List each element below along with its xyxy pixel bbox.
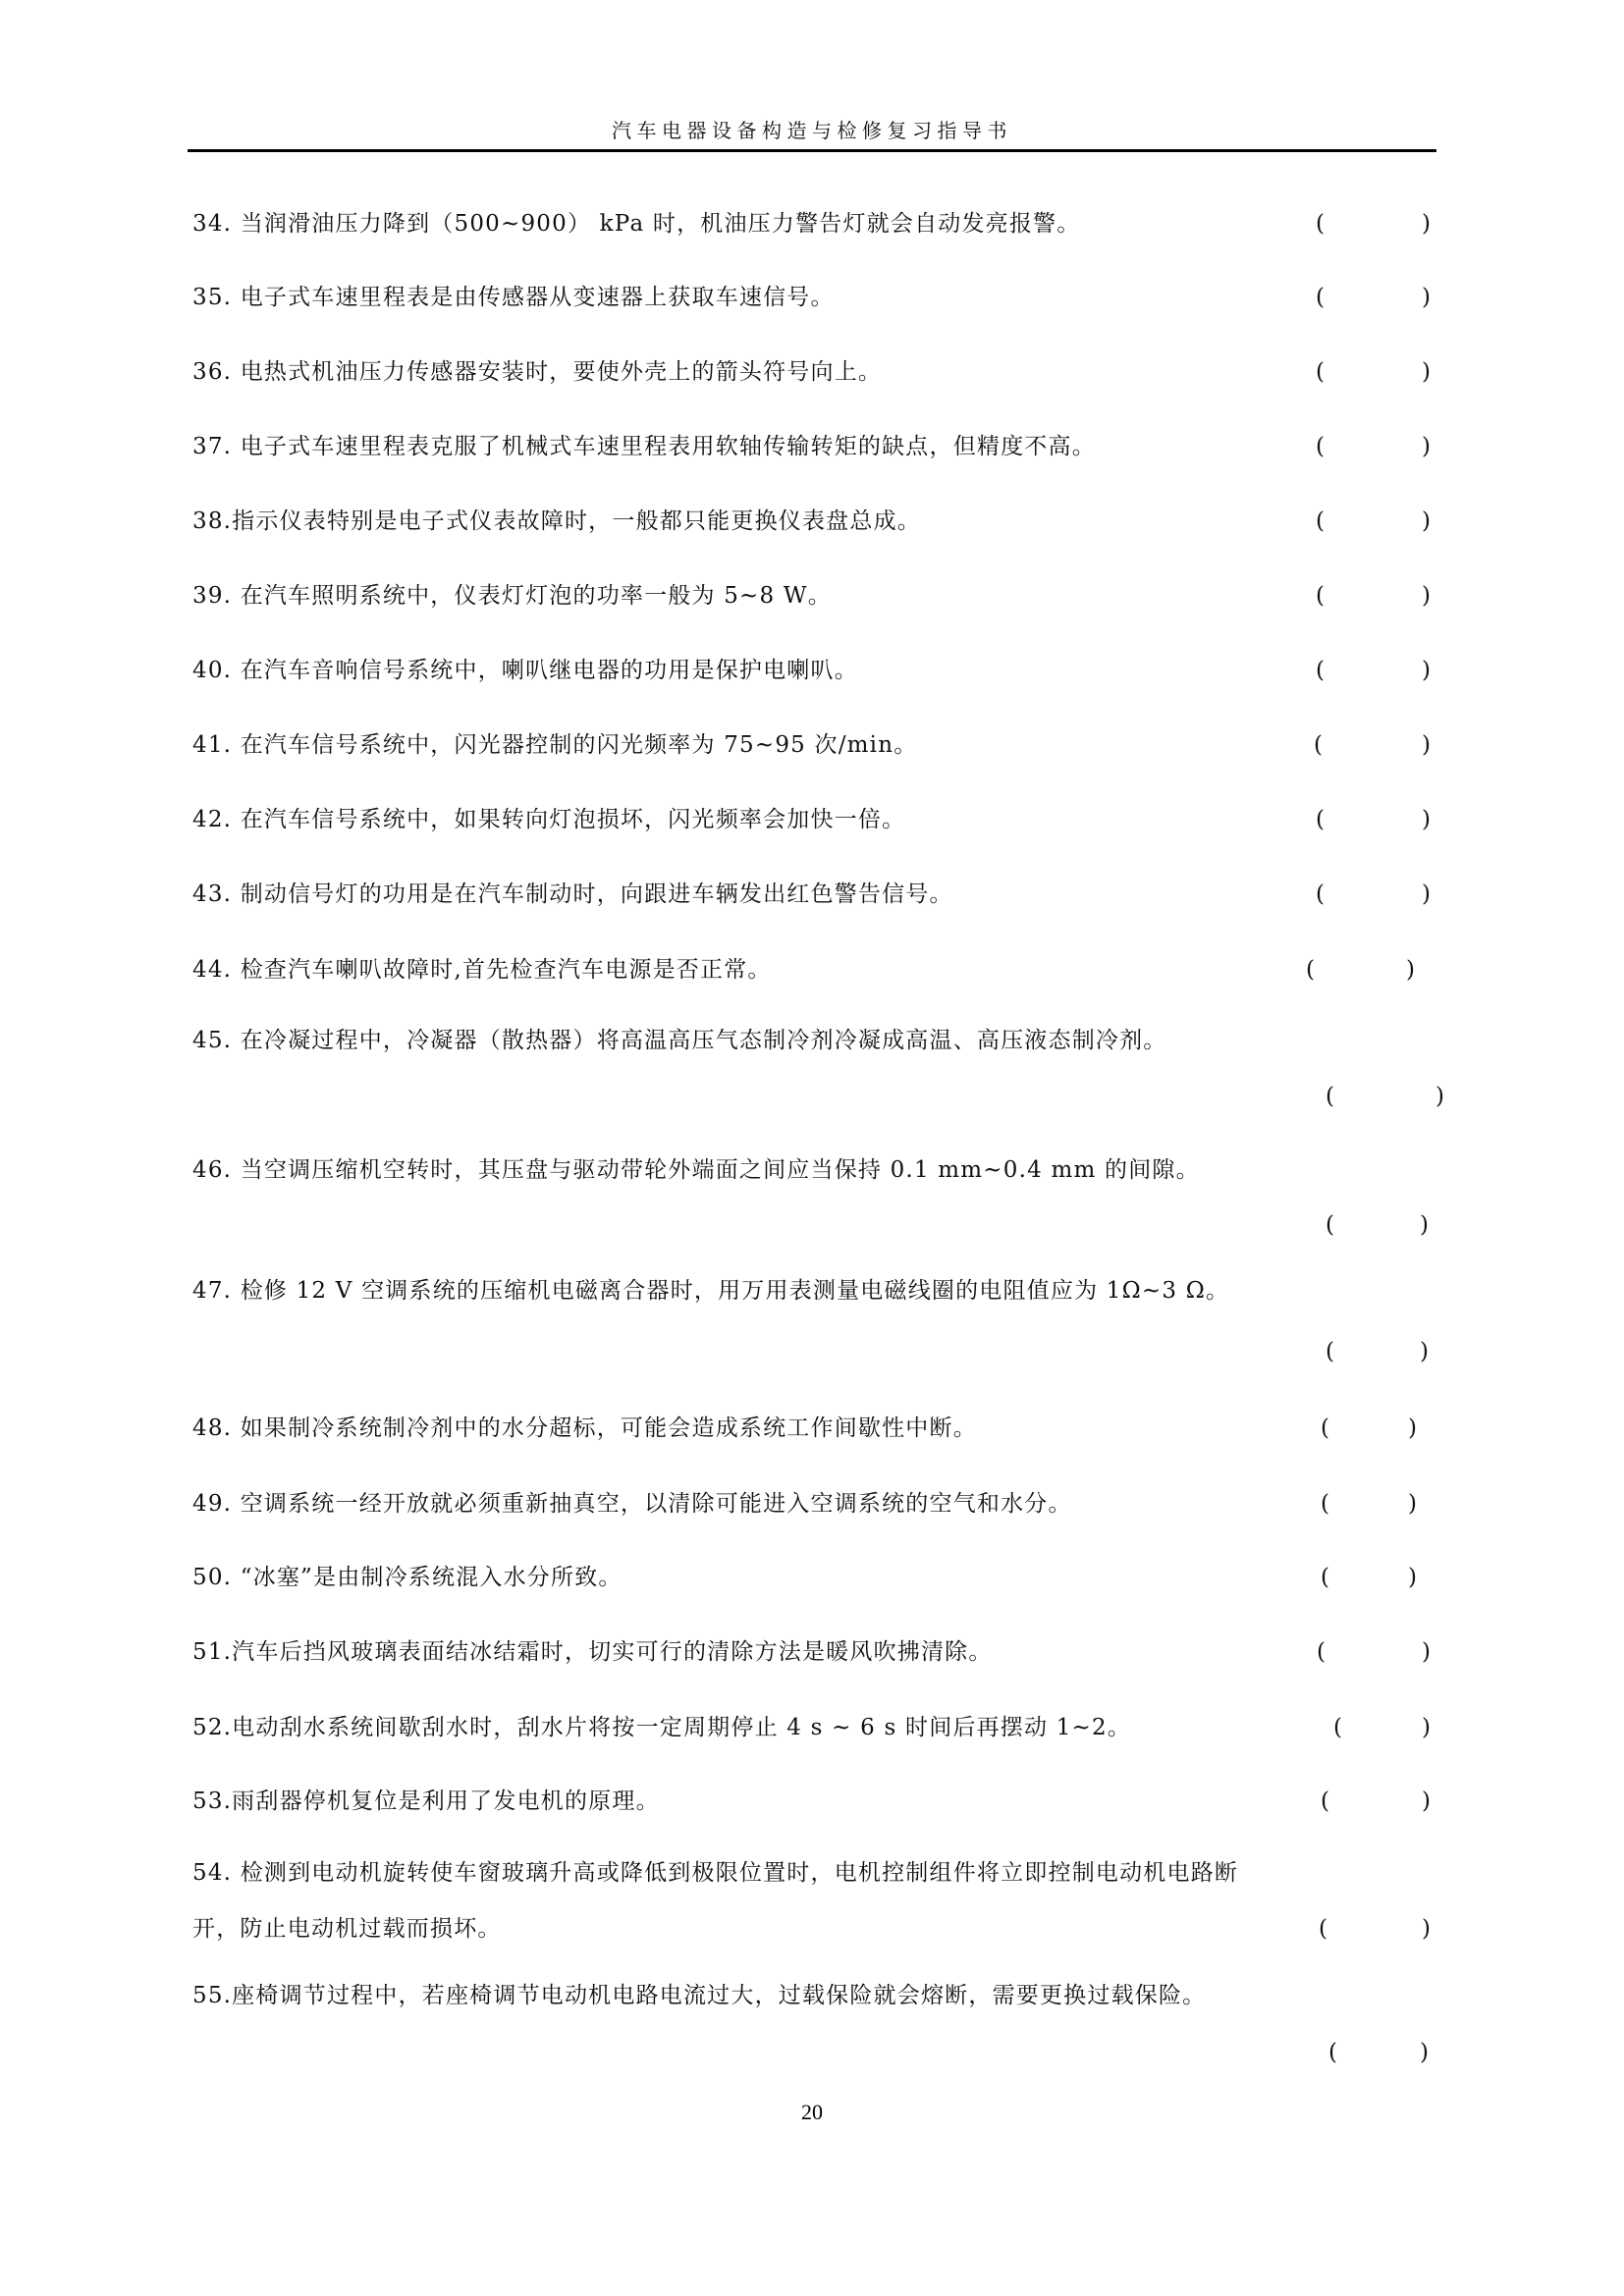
- answer-blank-open-43: (: [1316, 880, 1325, 909]
- answer-blank-close-55: ): [1420, 2038, 1429, 2067]
- answer-blank-open-46: (: [1326, 1210, 1334, 1240]
- answer-blank-close-34: ): [1422, 209, 1431, 239]
- question-42-text: 42. 在汽车信号系统中，如果转向灯泡损坏，闪光频率会加快一倍。: [192, 805, 905, 834]
- answer-blank-close-48: ): [1408, 1414, 1417, 1443]
- question-45-text: 45. 在冷凝过程中，冷凝器（散热器）将高温高压气态制冷剂冷凝成高温、高压液态制…: [192, 1026, 1167, 1055]
- question-38-text: 38.指示仪表特别是电子式仪表故障时，一般都只能更换仪表盘总成。: [192, 507, 921, 536]
- question-37-text: 37. 电子式车速里程表克服了机械式车速里程表用软轴传输转矩的缺点，但精度不高。: [192, 432, 1096, 461]
- answer-blank-open-45: (: [1326, 1082, 1334, 1111]
- answer-blank-close-38: ): [1422, 507, 1431, 536]
- header-rule-divider: [188, 149, 1436, 152]
- answer-blank-close-45: ): [1435, 1082, 1444, 1111]
- answer-blank-open-55: (: [1328, 2038, 1337, 2067]
- question-40-text: 40. 在汽车音响信号系统中，喇叭继电器的功用是保护电喇叭。: [192, 656, 858, 685]
- answer-blank-close-50: ): [1408, 1563, 1417, 1592]
- answer-blank-open-48: (: [1321, 1414, 1329, 1443]
- answer-blank-open-53: (: [1321, 1787, 1329, 1816]
- answer-blank-close-44: ): [1406, 955, 1415, 985]
- answer-blank-close-46: ): [1420, 1210, 1429, 1240]
- document-page: 汽车电器设备构造与检修复习指导书 34. 当润滑油压力降到（500~900） k…: [0, 0, 1624, 2296]
- answer-blank-open-47: (: [1326, 1337, 1334, 1366]
- question-34-text: 34. 当润滑油压力降到（500~900） kPa 时，机油压力警告灯就会自动发…: [192, 209, 1080, 239]
- question-41-text: 41. 在汽车信号系统中，闪光器控制的闪光频率为 75~95 次/min。: [192, 730, 917, 760]
- answer-blank-open-40: (: [1316, 656, 1325, 685]
- answer-blank-open-49: (: [1321, 1489, 1329, 1519]
- answer-blank-close-52: ): [1422, 1713, 1431, 1742]
- question-36-text: 36. 电热式机油压力传感器安装时，要使外壳上的箭头符号向上。: [192, 357, 882, 387]
- answer-blank-open-52: (: [1333, 1713, 1342, 1742]
- question-48-text: 48. 如果制冷系统制冷剂中的水分超标，可能会造成系统工作间歇性中断。: [192, 1414, 977, 1443]
- answer-blank-close-47: ): [1420, 1337, 1429, 1366]
- question-51-text: 51.汽车后挡风玻璃表面结冰结霜时，切实可行的清除方法是暖风吹拂清除。: [192, 1637, 993, 1667]
- answer-blank-open-38: (: [1316, 507, 1325, 536]
- question-39-text: 39. 在汽车照明系统中，仪表灯灯泡的功率一般为 5~8 W。: [192, 581, 832, 611]
- question-47-text: 47. 检修 12 V 空调系统的压缩机电磁离合器时，用万用表测量电磁线圈的电阻…: [192, 1276, 1229, 1306]
- question-54-text: 54. 检测到电动机旋转使车窗玻璃升高或降低到极限位置时，电机控制组件将立即控制…: [192, 1858, 1238, 1888]
- answer-blank-close-54: ): [1422, 1914, 1431, 1944]
- answer-blank-open-34: (: [1316, 209, 1325, 239]
- answer-blank-close-36: ): [1422, 357, 1431, 387]
- answer-blank-open-42: (: [1316, 805, 1325, 834]
- answer-blank-open-36: (: [1316, 357, 1325, 387]
- question-52-text: 52.电动刮水系统间歇刮水时，刮水片将按一定周期停止 4 s ~ 6 s 时间后…: [192, 1713, 1131, 1742]
- answer-blank-open-35: (: [1316, 283, 1325, 312]
- answer-blank-open-39: (: [1316, 581, 1325, 611]
- answer-blank-close-35: ): [1422, 283, 1431, 312]
- answer-blank-close-41: ): [1422, 730, 1431, 760]
- answer-blank-close-43: ): [1422, 880, 1431, 909]
- question-46-text: 46. 当空调压缩机空转时，其压盘与驱动带轮外端面之间应当保持 0.1 mm~0…: [192, 1155, 1200, 1185]
- answer-blank-close-39: ): [1422, 581, 1431, 611]
- question-35-text: 35. 电子式车速里程表是由传感器从变速器上获取车速信号。: [192, 283, 835, 312]
- answer-blank-close-37: ): [1422, 432, 1431, 461]
- answer-blank-close-42: ): [1422, 805, 1431, 834]
- running-header-title: 汽车电器设备构造与检修复习指导书: [0, 116, 1624, 145]
- answer-blank-open-44: (: [1306, 955, 1315, 985]
- answer-blank-close-49: ): [1408, 1489, 1417, 1519]
- answer-blank-open-37: (: [1316, 432, 1325, 461]
- answer-blank-open-50: (: [1321, 1563, 1329, 1592]
- answer-blank-close-40: ): [1422, 656, 1431, 685]
- question-50-text: 50. “冰塞”是由制冷系统混入水分所致。: [192, 1563, 623, 1592]
- question-43-text: 43. 制动信号灯的功用是在汽车制动时，向跟进车辆发出红色警告信号。: [192, 880, 953, 909]
- answer-blank-open-54: (: [1319, 1914, 1327, 1944]
- answer-blank-close-51: ): [1422, 1637, 1431, 1667]
- page-number: 20: [0, 2098, 1624, 2127]
- question-44-text: 44. 检查汽车喇叭故障时,首先检查汽车电源是否正常。: [192, 955, 772, 985]
- answer-blank-open-51: (: [1317, 1637, 1326, 1667]
- question-53-text: 53.雨刮器停机复位是利用了发电机的原理。: [192, 1787, 660, 1816]
- answer-blank-close-53: ): [1422, 1787, 1431, 1816]
- answer-blank-open-41: (: [1314, 730, 1323, 760]
- question-55-text: 55.座椅调节过程中，若座椅调节电动机电路电流过大，过载保险就会熔断，需要更换过…: [192, 1981, 1206, 2010]
- question-49-text: 49. 空调系统一经开放就必须重新抽真空，以清除可能进入空调系统的空气和水分。: [192, 1489, 1072, 1519]
- question-54-text-continued: 开，防止电动机过载而损坏。: [192, 1914, 502, 1944]
